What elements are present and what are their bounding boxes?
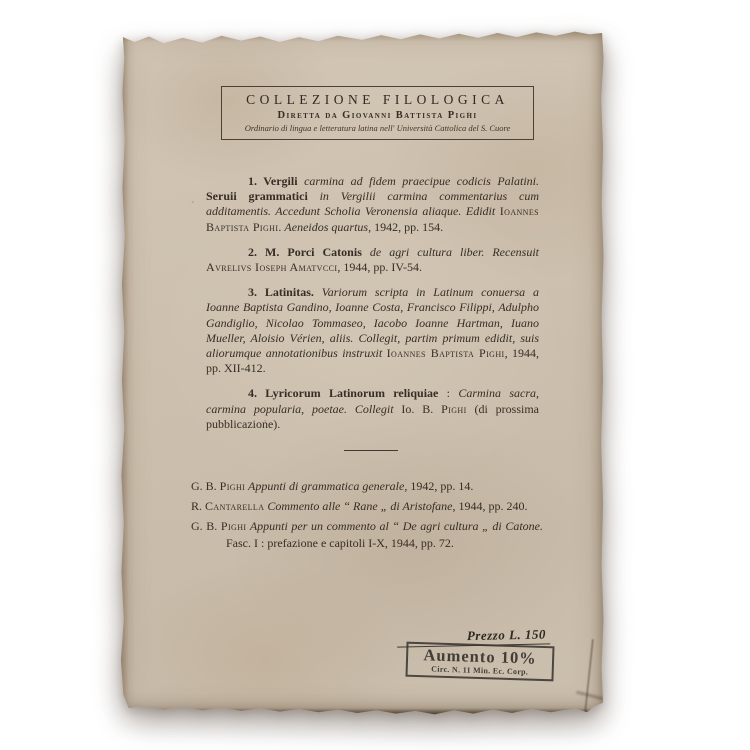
publication-item-1: 1. Vergili carmina ad fidem praecipue co…	[206, 174, 539, 235]
related-work-1: G. B. Pighi Appunti di grammatica genera…	[191, 478, 543, 495]
publication-item-3: 3. Latinitas. Variorum scripta in Latinu…	[206, 285, 539, 376]
series-editor: Diretta da Giovanni Battista Pighi	[226, 110, 529, 121]
book-back-cover: COLLEZIONE FILOLOGICA Diretta da Giovann…	[120, 31, 604, 715]
related-works-list: G. B. Pighi Appunti di grammatica genera…	[191, 478, 543, 555]
left-edge-shadow	[120, 31, 129, 715]
publication-list: 1. Vergili carmina ad fidem praecipue co…	[206, 174, 539, 442]
publication-item-4: 4. Lyricorum Latinorum reliquiae : Carmi…	[206, 386, 539, 432]
section-divider	[344, 450, 398, 451]
series-title: COLLEZIONE FILOLOGICA	[226, 92, 529, 108]
photo-background: COLLEZIONE FILOLOGICA Diretta da Giovann…	[0, 0, 750, 750]
series-header-box: COLLEZIONE FILOLOGICA Diretta da Giovann…	[221, 86, 534, 140]
related-work-3: G. B. Pighi Appunti per un commento al “…	[191, 518, 543, 552]
bottom-right-notch-shadow	[576, 691, 604, 701]
price-increase-stamp: Aumento 10% Circ. N. 11 Min. Ec. Corp.	[405, 642, 554, 682]
bottom-right-crease	[584, 639, 594, 713]
series-editor-role: Ordinario di lingua e letteratura latina…	[226, 123, 529, 133]
related-work-2: R. Cantarella Commento alle “ Rane „ di …	[191, 498, 543, 515]
bottom-edge-shadow	[130, 708, 600, 715]
publication-item-2: 2. M. Porci Catonis de agri cultura libe…	[206, 245, 539, 275]
top-edge-shadow	[120, 31, 604, 42]
book-cover-photo: COLLEZIONE FILOLOGICA Diretta da Giovann…	[120, 31, 604, 715]
